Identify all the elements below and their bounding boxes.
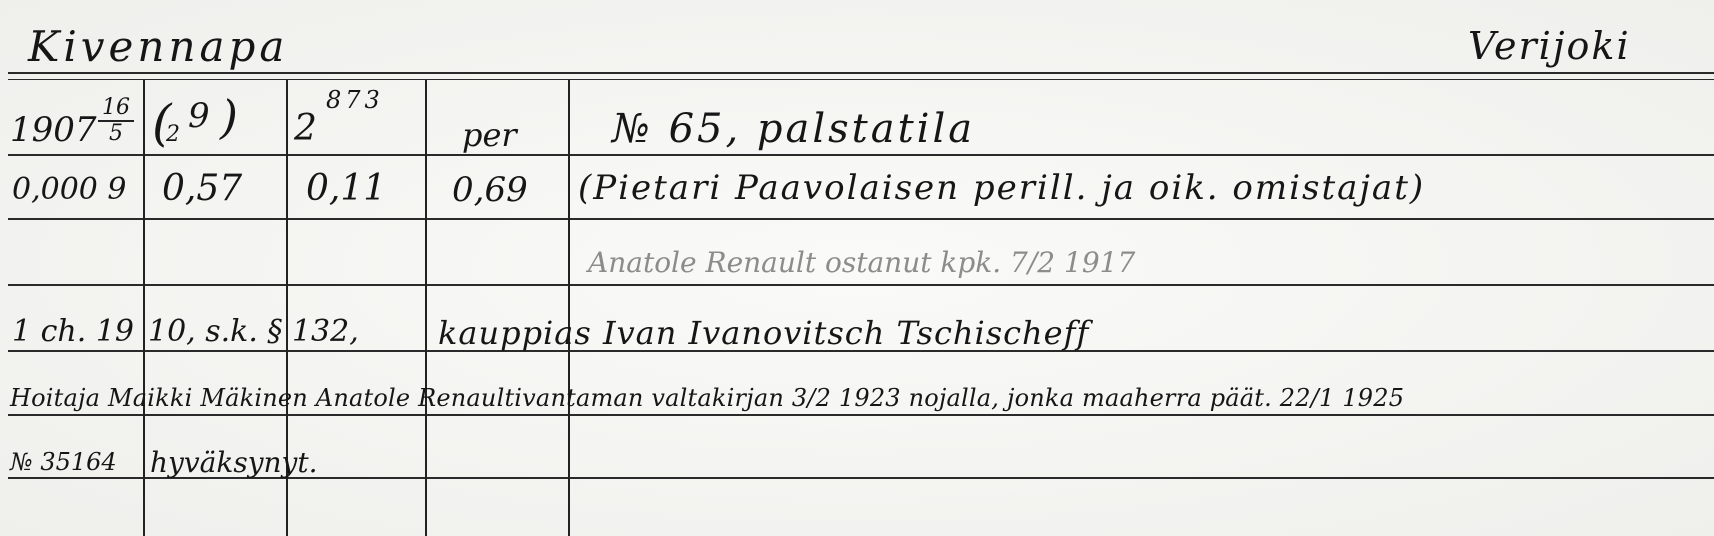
transfer-date-cont: 10, s.k. § 132, <box>148 314 359 349</box>
col3-superscript: 873 <box>326 86 384 114</box>
village-title: Verijoki <box>1468 24 1631 68</box>
area-col1: 0,000 9 <box>12 172 127 207</box>
administrator-note: Hoitaja Maikki Mäkinen Anatole Renaultiv… <box>10 384 1404 412</box>
header-rule-top <box>8 72 1714 74</box>
column-divider-3 <box>425 80 427 536</box>
area-col2: 0,57 <box>162 168 242 209</box>
col2-paren-close: ) <box>220 90 238 144</box>
new-owner: kauppias Ivan Ivanovitsch Tschischeff <box>438 314 1089 352</box>
row-rule-2 <box>8 218 1714 220</box>
property-description: № 65, palstatila <box>612 106 975 152</box>
col2-den: 2 <box>166 122 180 147</box>
row-rule-3 <box>8 284 1714 286</box>
decision-number: № 35164 <box>10 448 117 476</box>
area-col3: 0,11 <box>306 168 386 209</box>
col2-num: 9 <box>188 96 210 136</box>
entry-year: 1907 <box>10 110 97 150</box>
row-rule-1 <box>8 154 1714 156</box>
area-col4: 0,69 <box>452 170 528 210</box>
row-rule-5 <box>8 414 1714 416</box>
col4-per: per <box>462 116 517 154</box>
transfer-date-prefix: 1 ch. 19 <box>12 314 134 349</box>
column-divider-1 <box>143 80 145 536</box>
owners-line: (Pietari Paavolaisen perill. ja oik. omi… <box>578 168 1425 208</box>
entry-day: 16 <box>98 96 134 122</box>
header-rule-bottom <box>8 79 1714 80</box>
parish-title: Kivennapa <box>28 22 288 71</box>
entry-month: 5 <box>98 122 134 146</box>
land-register-card: Kivennapa Verijoki 1907 16 5 ( 9 2 ) 2 8… <box>0 0 1714 536</box>
col3-base: 2 <box>294 108 317 149</box>
approval-text: hyväksynyt. <box>150 446 318 479</box>
column-divider-4 <box>568 80 570 536</box>
entry-date-fraction: 16 5 <box>98 96 134 146</box>
pencil-note: Anatole Renault ostanut kpk. 7/2 1917 <box>588 246 1135 279</box>
